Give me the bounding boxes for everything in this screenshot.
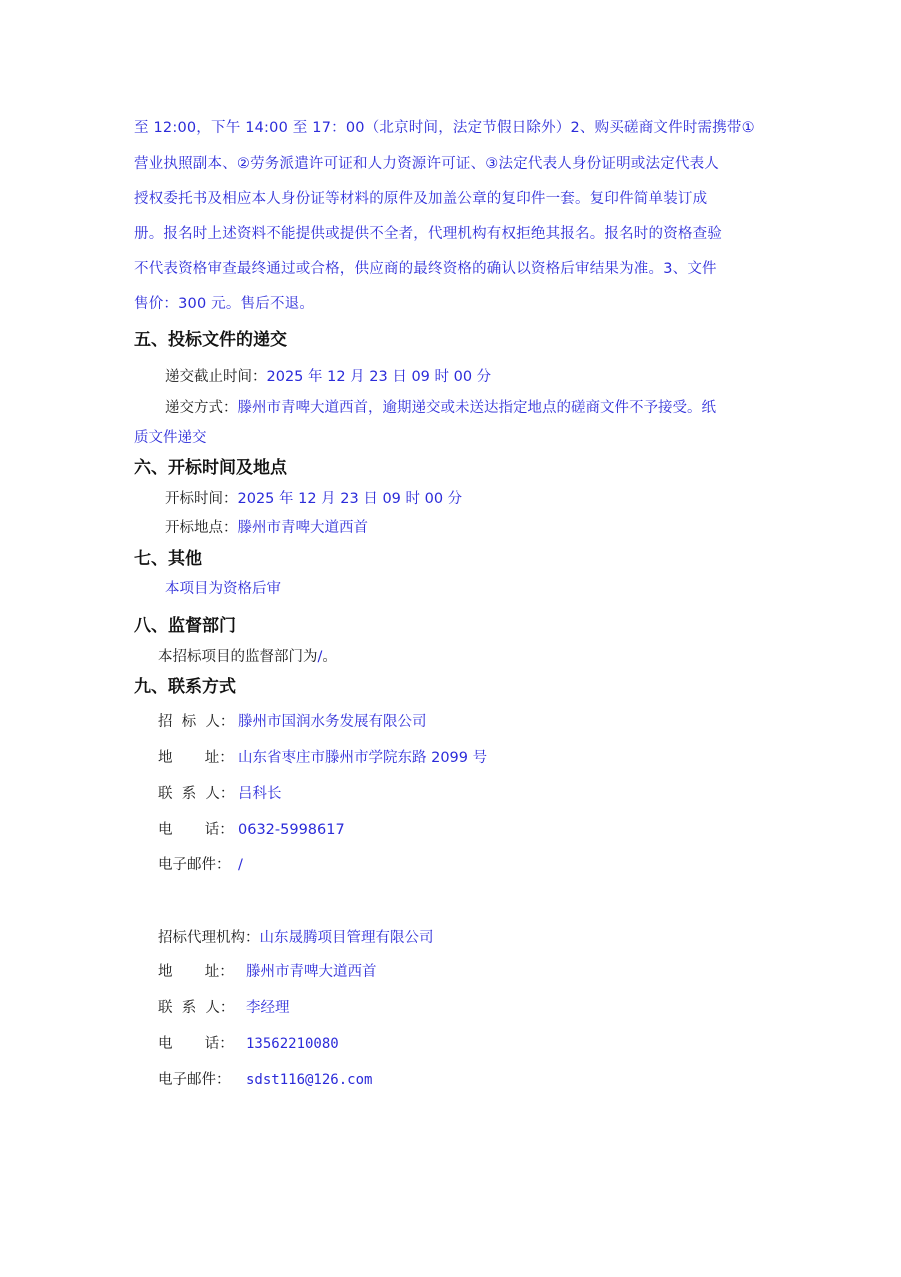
submission-deadline: 递交截止时间：2025 年 12 月 23 日 09 时 00 分	[165, 367, 491, 387]
tenderer-contact-row: 联 系 人：吕科长	[158, 784, 282, 804]
intro-line-5: 不代表资格审查最终通过或合格，供应商的最终资格的确认以资格后审结果为准。3、文件	[134, 259, 774, 279]
section-7-heading: 七、其他	[134, 548, 202, 570]
opening-time-value: 2025 年 12 月 23 日 09 时 00 分	[238, 491, 463, 507]
intro-line-1: 至 12:00，下午 14:00 至 17：00（北京时间，法定节假日除外）2、…	[134, 118, 774, 138]
tenderer-phone-row: 电 话：0632-5998617	[158, 820, 345, 840]
section-5-heading: 五、投标文件的递交	[134, 329, 287, 351]
tenderer-contact-value: 吕科长	[238, 786, 282, 802]
other-text: 本项目为资格后审	[165, 579, 281, 599]
agency-name-row: 招标代理机构：山东晟腾项目管理有限公司	[158, 928, 434, 948]
opening-place-label: 开标地点：	[165, 518, 238, 538]
tenderer-address-value: 山东省枣庄市滕州市学院东路 2099 号	[238, 750, 487, 766]
supervision-text: 本招标项目的监督部门为/。	[158, 647, 337, 667]
tenderer-name-value: 滕州市国润水务发展有限公司	[238, 714, 427, 730]
agency-phone-row: 电 话：13562210080	[158, 1034, 339, 1054]
section-9-heading: 九、联系方式	[134, 676, 236, 698]
tenderer-email-value: /	[238, 857, 243, 873]
agency-address-label: 地 址：	[158, 962, 246, 982]
section-6-heading: 六、开标时间及地点	[134, 457, 287, 479]
section-8-heading: 八、监督部门	[134, 615, 236, 637]
agency-phone-value: 13562210080	[246, 1036, 339, 1052]
agency-contact-row: 联 系 人：李经理	[158, 998, 290, 1018]
intro-line-3: 授权委托书及相应本人身份证等材料的原件及加盖公章的复印件一套。复印件简单装订成	[134, 189, 774, 209]
submission-method-label: 递交方式：	[165, 398, 238, 418]
intro-line-6: 售价：300 元。售后不退。	[134, 294, 774, 314]
submission-method-value: 滕州市青啤大道西首，逾期递交或未送达指定地点的磋商文件不予接受。纸	[238, 400, 717, 416]
tenderer-name-label: 招 标 人：	[158, 712, 238, 732]
agency-address-value: 滕州市青啤大道西首	[246, 964, 377, 980]
agency-email-value[interactable]: sdst116@126.com	[246, 1072, 372, 1088]
agency-name-value: 山东晟腾项目管理有限公司	[260, 930, 434, 946]
opening-time: 开标时间：2025 年 12 月 23 日 09 时 00 分	[165, 489, 462, 509]
opening-place-value: 滕州市青啤大道西首	[238, 520, 369, 536]
agency-contact-value: 李经理	[246, 1000, 290, 1016]
supervision-text-prefix: 本招标项目的监督部门为	[158, 649, 318, 665]
tenderer-name-row: 招 标 人：滕州市国润水务发展有限公司	[158, 712, 427, 732]
tenderer-contact-label: 联 系 人：	[158, 784, 238, 804]
agency-email-label: 电子邮件：	[158, 1070, 246, 1090]
opening-time-label: 开标时间：	[165, 489, 238, 509]
intro-line-4: 册。报名时上述资料不能提供或提供不全者，代理机构有权拒绝其报名。报名时的资格查验	[134, 224, 774, 244]
agency-phone-label: 电 话：	[158, 1034, 246, 1054]
agency-contact-label: 联 系 人：	[158, 998, 246, 1018]
agency-name-label: 招标代理机构：	[158, 928, 260, 948]
supervision-text-suffix: 。	[322, 649, 337, 665]
opening-place: 开标地点：滕州市青啤大道西首	[165, 518, 368, 538]
submission-deadline-value: 2025 年 12 月 23 日 09 时 00 分	[267, 369, 492, 385]
tenderer-phone-value: 0632-5998617	[238, 822, 345, 838]
tenderer-address-label: 地 址：	[158, 748, 238, 768]
document-page: 至 12:00，下午 14:00 至 17：00（北京时间，法定节假日除外）2、…	[0, 0, 901, 1277]
submission-deadline-label: 递交截止时间：	[165, 367, 267, 387]
intro-line-2: 营业执照副本、②劳务派遣许可证和人力资源许可证、③法定代表人身份证明或法定代表人	[134, 154, 774, 174]
tenderer-phone-label: 电 话：	[158, 820, 238, 840]
tenderer-email-label: 电子邮件：	[158, 855, 238, 875]
tenderer-address-row: 地 址：山东省枣庄市滕州市学院东路 2099 号	[158, 748, 487, 768]
submission-method: 递交方式：滕州市青啤大道西首，逾期递交或未送达指定地点的磋商文件不予接受。纸	[165, 398, 716, 418]
agency-address-row: 地 址：滕州市青啤大道西首	[158, 962, 377, 982]
tenderer-email-row: 电子邮件：/	[158, 855, 243, 875]
agency-email-row: 电子邮件：sdst116@126.com	[158, 1070, 372, 1090]
submission-method-value-cont: 质文件递交	[134, 428, 207, 448]
